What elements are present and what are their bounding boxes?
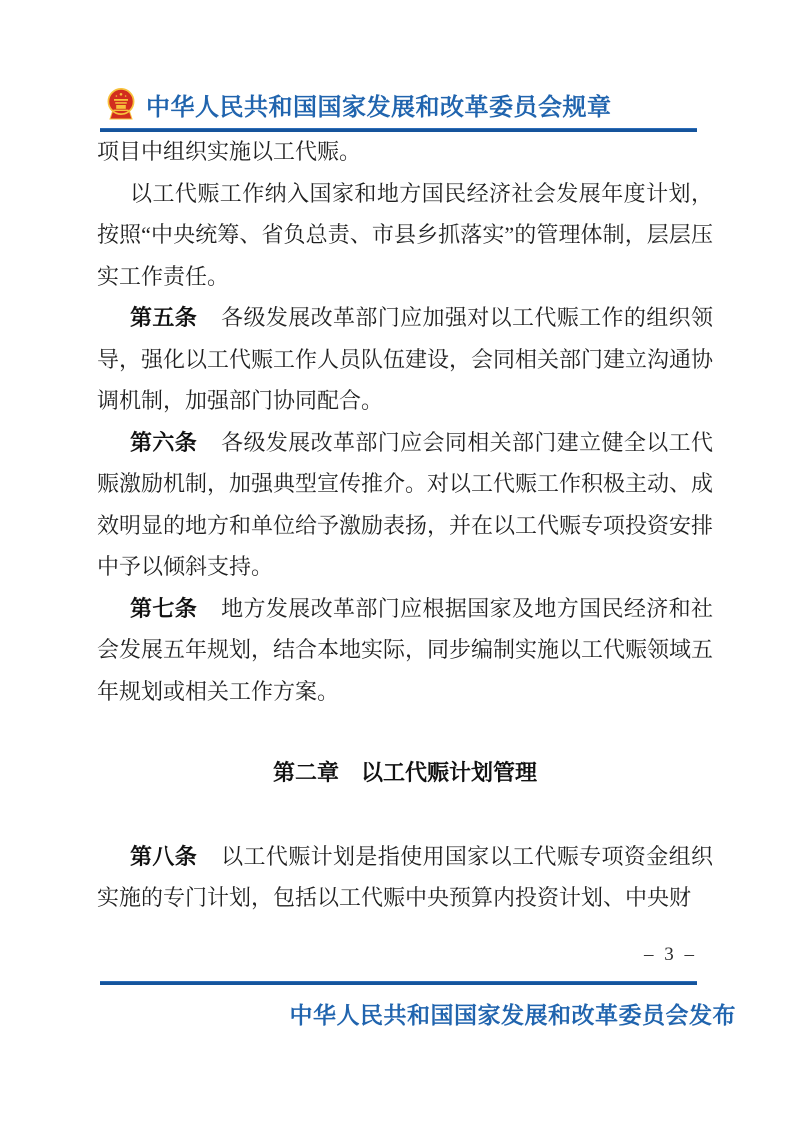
article-paragraph: 第八条以工代赈计划是指使用国家以工代赈专项资金组织实施的专门计划，包括以工代赈中… bbox=[97, 836, 713, 919]
article-paragraph: 第五条各级发展改革部门应加强对以工代赈工作的组织领导，强化以工代赈工作人员队伍建… bbox=[97, 297, 713, 422]
article-label: 第五条 bbox=[130, 305, 197, 330]
article-label: 第七条 bbox=[130, 596, 197, 621]
document-page: 中华人民共和国国家发展和改革委员会规章 项目中组织实施以工代赈。以工代赈工作纳入… bbox=[0, 0, 793, 1122]
body-paragraph: 以工代赈工作纳入国家和地方国民经济社会发展年度计划，按照“中央统筹、省负总责、市… bbox=[97, 173, 713, 298]
page-number: – 3 – bbox=[644, 944, 697, 966]
article-label: 第六条 bbox=[130, 430, 197, 455]
chapter-heading: 第二章 以工代赈计划管理 bbox=[97, 752, 713, 794]
document-header: 中华人民共和国国家发展和改革委员会规章 bbox=[103, 84, 612, 124]
article-label: 第八条 bbox=[130, 844, 197, 869]
publisher-line: 中华人民共和国国家发展和改革委员会发布 bbox=[290, 997, 737, 1030]
article-paragraph: 第六条各级发展改革部门应会同相关部门建立健全以工代赈激励机制，加强典型宣传推介。… bbox=[97, 422, 713, 588]
footer-rule bbox=[100, 981, 697, 985]
header-title: 中华人民共和国国家发展和改革委员会规章 bbox=[146, 87, 612, 122]
body-paragraph: 项目中组织实施以工代赈。 bbox=[97, 131, 713, 173]
national-emblem-icon bbox=[103, 86, 139, 122]
article-paragraph: 第七条地方发展改革部门应根据国家及地方国民经济和社会发展五年规划，结合本地实际，… bbox=[97, 588, 713, 713]
document-body: 项目中组织实施以工代赈。以工代赈工作纳入国家和地方国民经济社会发展年度计划，按照… bbox=[97, 131, 713, 919]
